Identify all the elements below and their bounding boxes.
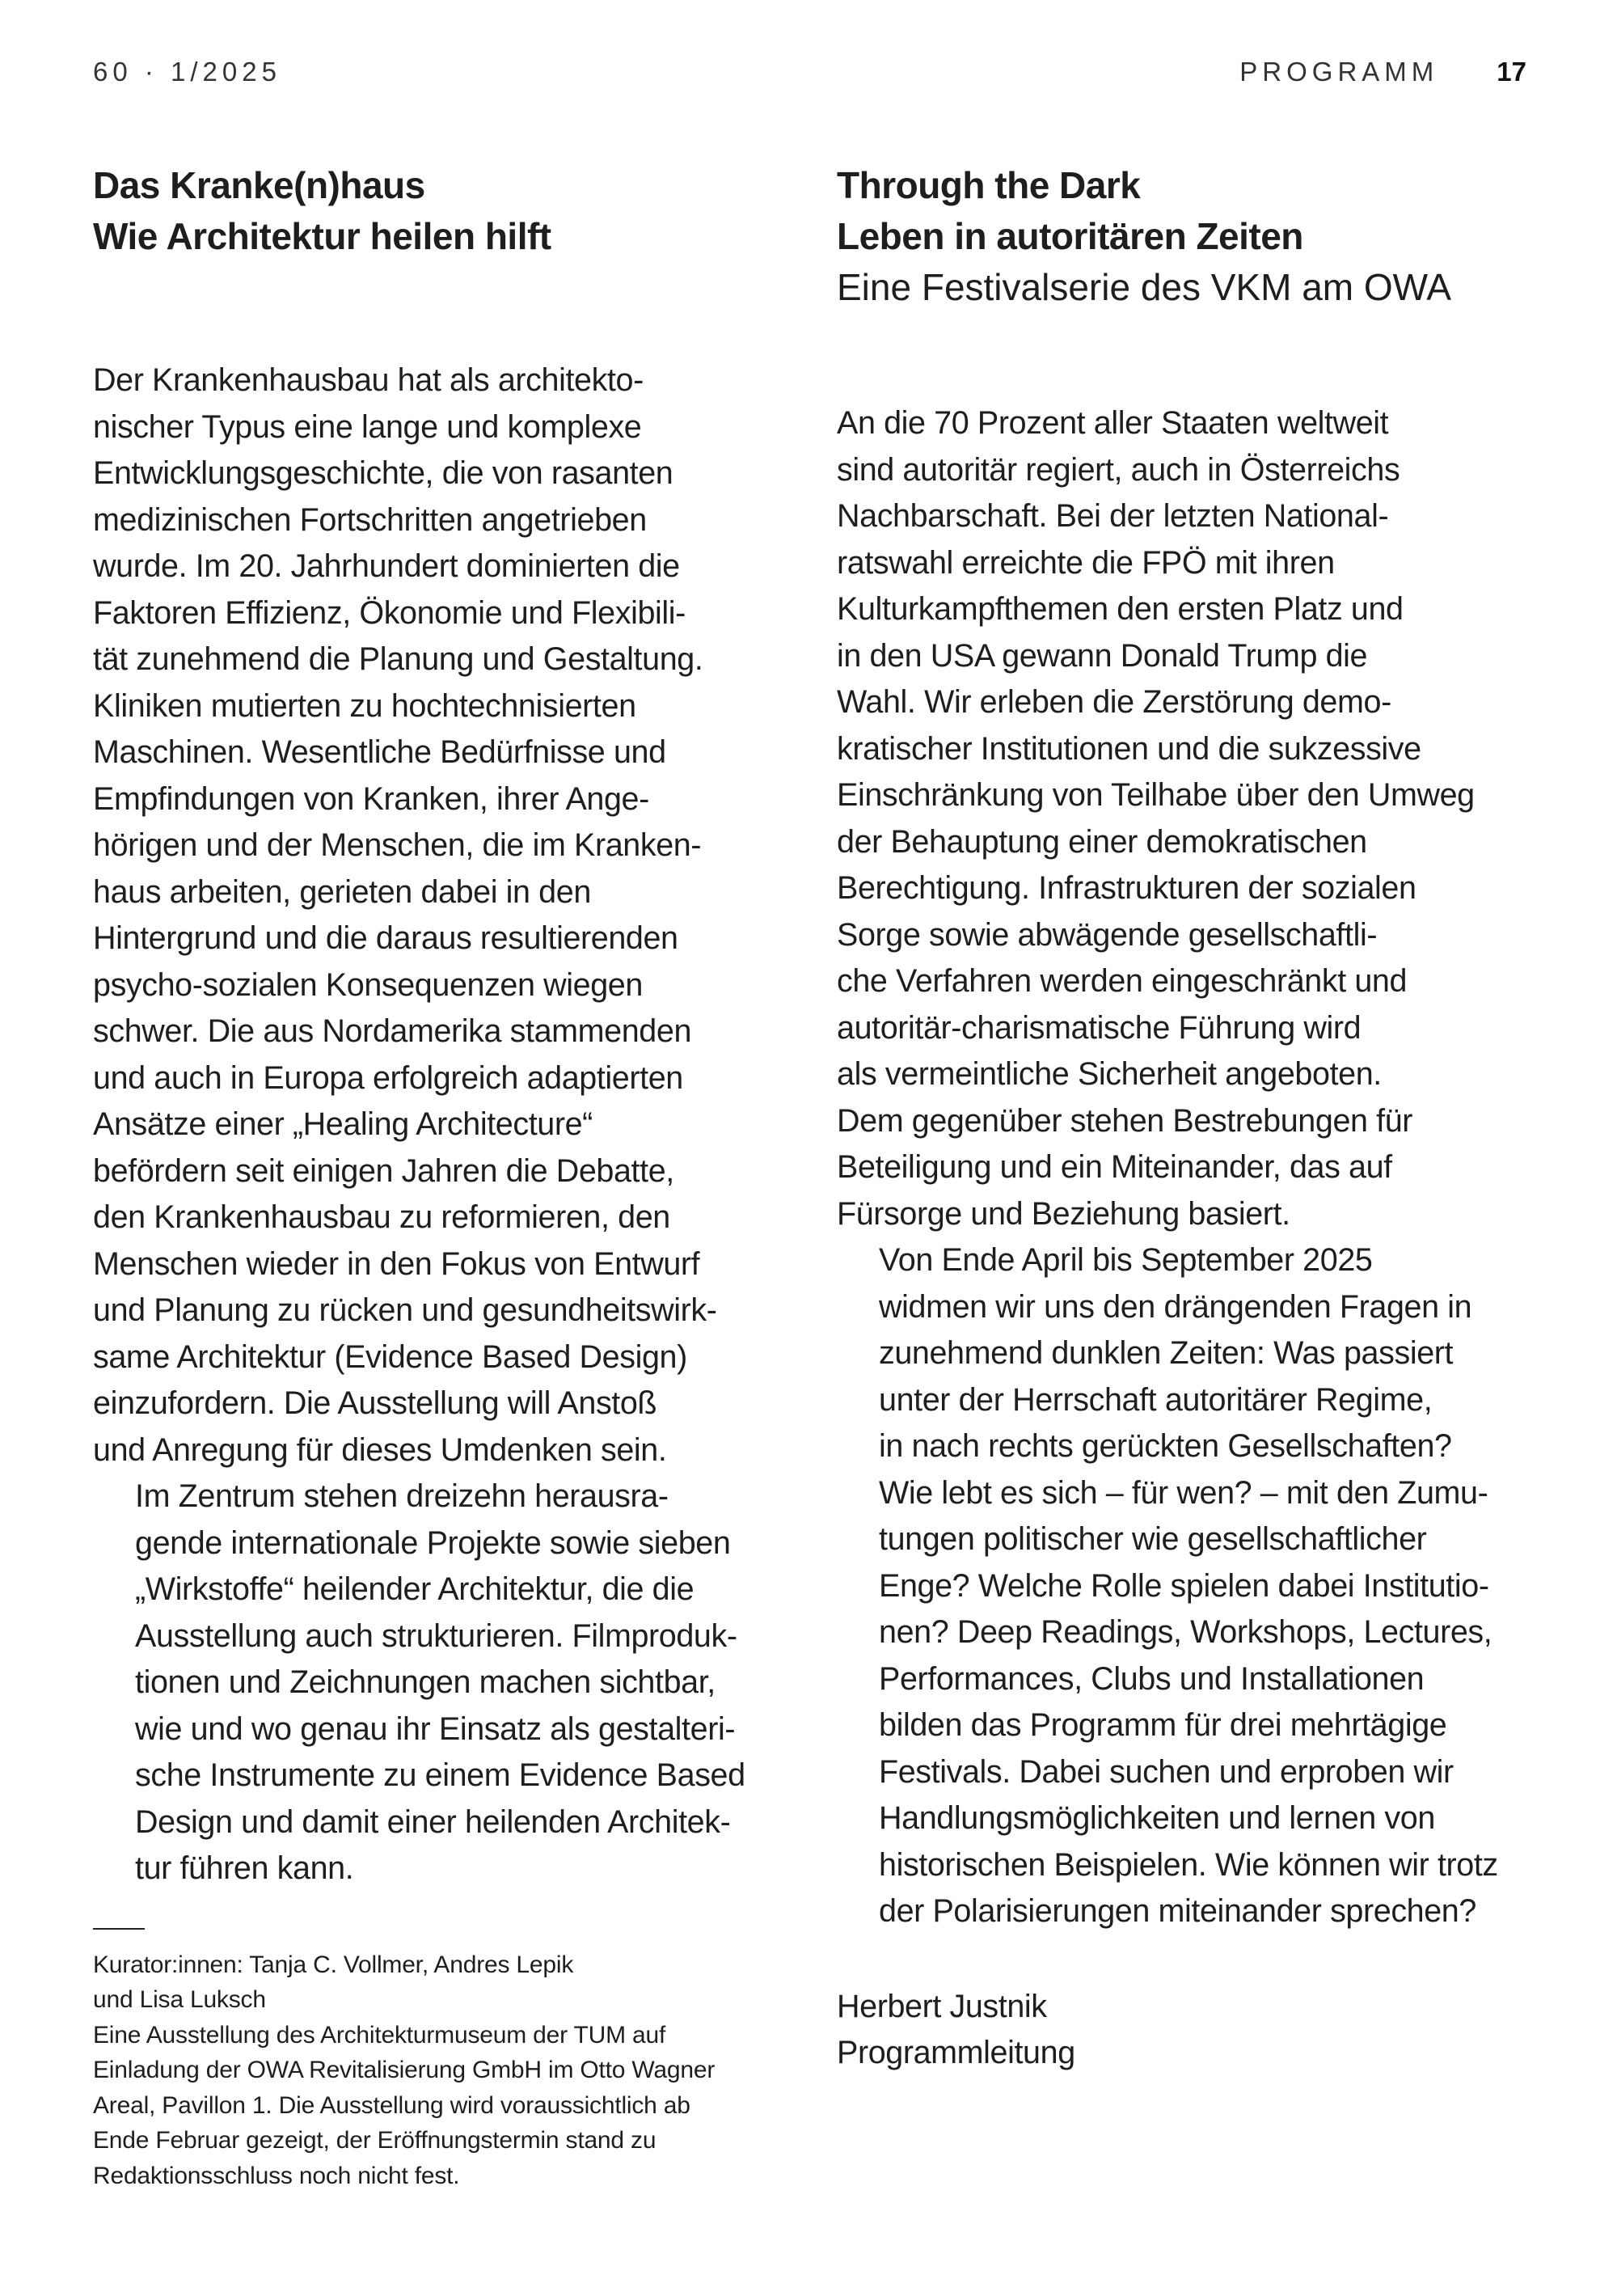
- text-line: und auch in Europa erfolgreich adaptiert…: [93, 1055, 796, 1102]
- text-line: Maschinen. Wesentliche Bedürfnisse und: [93, 729, 796, 776]
- text-line: same Architektur (Evidence Based Design): [93, 1334, 796, 1381]
- text-line: nen? Deep Readings, Workshops, Lectures,: [837, 1609, 1548, 1656]
- text-line: Empfindungen von Kranken, ihrer Ange-: [93, 776, 796, 823]
- text-line: einzufordern. Die Ausstellung will Ansto…: [93, 1381, 796, 1427]
- text-line: Nachbarschaft. Bei der letzten National-: [837, 493, 1548, 540]
- page-number: 17: [1497, 57, 1526, 87]
- title-line: Das Kranke(n)haus: [93, 160, 796, 211]
- text-line: Eine Ausstellung des Architekturmuseum d…: [93, 2018, 796, 2053]
- text-line: Sorge sowie abwägende gesellschaftli-: [837, 912, 1548, 959]
- text-line: autoritär-charismatische Führung wird: [837, 1005, 1548, 1052]
- title-line: Leben in autoritären Zeiten: [837, 211, 1548, 262]
- text-line: historischen Beispielen. Wie können wir …: [837, 1842, 1548, 1889]
- text-line: Einschränkung von Teilhabe über den Umwe…: [837, 772, 1548, 819]
- text-line: als vermeintliche Sicherheit angeboten.: [837, 1051, 1548, 1098]
- text-line: sind autoritär regiert, auch in Österrei…: [837, 447, 1548, 494]
- text-line: zunehmend dunklen Zeiten: Was passiert: [837, 1330, 1548, 1377]
- text-line: Menschen wieder in den Fokus von Entwurf: [93, 1241, 796, 1288]
- section-label: PROGRAMM: [1239, 57, 1438, 87]
- text-line: Kulturkampfthemen den ersten Platz und: [837, 586, 1548, 633]
- title-line: Through the Dark: [837, 160, 1548, 211]
- text-line: Enge? Welche Rolle spielen dabei Institu…: [837, 1563, 1548, 1610]
- text-line: Kliniken mutierten zu hochtechnisierten: [93, 683, 796, 730]
- text-line: psycho-sozialen Konsequenzen wiegen: [93, 962, 796, 1009]
- paragraph: Von Ende April bis September 2025widmen …: [837, 1237, 1548, 1935]
- text-line: widmen wir uns den drängenden Fragen in: [837, 1284, 1548, 1331]
- running-header: PROGRAMM 17: [1239, 57, 1526, 87]
- text-line: che Verfahren werden eingeschränkt und: [837, 958, 1548, 1005]
- text-line: befördern seit einigen Jahren die Debatt…: [93, 1148, 796, 1195]
- left-article-body: Der Krankenhausbau hat als architekto-ni…: [93, 357, 796, 1892]
- text-line: Ansätze einer „Healing Architecture“: [93, 1101, 796, 1148]
- paragraph: Der Krankenhausbau hat als architekto-ni…: [93, 357, 796, 1474]
- left-article: Das Kranke(n)haus Wie Architektur heilen…: [93, 160, 796, 2193]
- text-line: Dem gegenüber stehen Bestrebungen für: [837, 1098, 1548, 1145]
- right-article-title: Through the Dark Leben in autoritären Ze…: [837, 160, 1548, 262]
- text-line: Faktoren Effizienz, Ökonomie und Flexibi…: [93, 590, 796, 637]
- text-line: „Wirkstoffe“ heilender Architektur, die …: [93, 1567, 796, 1613]
- text-line: Redaktionsschluss noch nicht fest.: [93, 2159, 796, 2194]
- text-line: Festivals. Dabei suchen und erproben wir: [837, 1749, 1548, 1796]
- text-line: und Anregung für dieses Umdenken sein.: [93, 1427, 796, 1474]
- text-line: Performances, Clubs und Installationen: [837, 1656, 1548, 1703]
- text-line: tungen politischer wie gesellschaftliche…: [837, 1516, 1548, 1563]
- text-line: Wahl. Wir erleben die Zerstörung demo-: [837, 679, 1548, 726]
- text-line: ratswahl erreichte die FPÖ mit ihren: [837, 540, 1548, 587]
- text-line: in den USA gewann Donald Trump die: [837, 633, 1548, 680]
- text-line: Von Ende April bis September 2025: [837, 1237, 1548, 1284]
- text-line: Kurator:innen: Tanja C. Vollmer, Andres …: [93, 1947, 796, 1983]
- paragraph: An die 70 Prozent aller Staaten weltweit…: [837, 400, 1548, 1237]
- text-line: bilden das Programm für drei mehrtägige: [837, 1702, 1548, 1749]
- text-line: Einladung der OWA Revitalisierung GmbH i…: [93, 2053, 796, 2088]
- text-line: der Polarisierungen miteinander sprechen…: [837, 1888, 1548, 1935]
- text-line: gende internationale Projekte sowie sieb…: [93, 1520, 796, 1567]
- text-line: Beteiligung und ein Miteinander, das auf: [837, 1144, 1548, 1191]
- text-line: in nach rechts gerückten Gesellschaften?: [837, 1423, 1548, 1470]
- text-line: und Lisa Luksch: [93, 1982, 796, 2018]
- text-line: Hintergrund und die daraus resultierende…: [93, 915, 796, 962]
- text-line: nischer Typus eine lange und komplexe: [93, 404, 796, 451]
- text-line: Der Krankenhausbau hat als architekto-: [93, 357, 796, 404]
- left-article-title: Das Kranke(n)haus Wie Architektur heilen…: [93, 160, 796, 262]
- title-line: Wie Architektur heilen hilft: [93, 211, 796, 262]
- text-line: sche Instrumente zu einem Evidence Based: [93, 1753, 796, 1799]
- text-line: Im Zentrum stehen dreizehn herausra-: [93, 1474, 796, 1520]
- right-article-subtitle: Eine Festivalserie des VKM am OWA: [837, 262, 1548, 313]
- text-line: medizinischen Fortschritten angetrieben: [93, 497, 796, 544]
- footnote-divider: [93, 1928, 145, 1930]
- author-name: Herbert Justnik: [837, 1984, 1548, 2031]
- text-line: und Planung zu rücken und gesundheitswir…: [93, 1288, 796, 1334]
- text-line: unter der Herrschaft autoritärer Regime,: [837, 1377, 1548, 1424]
- footnote-text: Kurator:innen: Tanja C. Vollmer, Andres …: [93, 1947, 796, 2194]
- text-line: haus arbeiten, gerieten dabei in den: [93, 869, 796, 916]
- text-line: tionen und Zeichnungen machen sichtbar,: [93, 1660, 796, 1706]
- text-line: Areal, Pavillon 1. Die Ausstellung wird …: [93, 2088, 796, 2124]
- text-line: Handlungsmöglichkeiten und lernen von: [837, 1795, 1548, 1842]
- text-line: An die 70 Prozent aller Staaten weltweit: [837, 400, 1548, 447]
- text-line: Wie lebt es sich – für wen? – mit den Zu…: [837, 1470, 1548, 1517]
- paragraph: Im Zentrum stehen dreizehn herausra-gend…: [93, 1474, 796, 1892]
- signature: Herbert Justnik Programmleitung: [837, 1984, 1548, 2077]
- text-line: Design und damit einer heilenden Archite…: [93, 1799, 796, 1846]
- text-line: Ausstellung auch strukturieren. Filmprod…: [93, 1613, 796, 1660]
- text-line: schwer. Die aus Nordamerika stammenden: [93, 1008, 796, 1055]
- text-line: hörigen und der Menschen, die im Kranken…: [93, 822, 796, 869]
- text-line: kratischer Institutionen und die sukzess…: [837, 726, 1548, 773]
- right-article-body: An die 70 Prozent aller Staaten weltweit…: [837, 400, 1548, 2077]
- text-line: tur führen kann.: [93, 1846, 796, 1892]
- text-line: wie und wo genau ihr Einsatz als gestalt…: [93, 1706, 796, 1753]
- text-line: den Krankenhausbau zu reformieren, den: [93, 1195, 796, 1241]
- text-line: der Behauptung einer demokratischen: [837, 819, 1548, 866]
- author-role: Programmleitung: [837, 2030, 1548, 2077]
- text-line: Ende Februar gezeigt, der Eröffnungsterm…: [93, 2123, 796, 2159]
- issue-label: 60 · 1/2025: [93, 57, 281, 87]
- text-line: Fürsorge und Beziehung basiert.: [837, 1191, 1548, 1238]
- text-line: wurde. Im 20. Jahrhundert dominierten di…: [93, 543, 796, 590]
- right-article: Through the Dark Leben in autoritären Ze…: [837, 160, 1548, 2077]
- text-line: Entwicklungsgeschichte, die von rasanten: [93, 450, 796, 497]
- text-line: Berechtigung. Infrastrukturen der sozial…: [837, 865, 1548, 912]
- text-line: tät zunehmend die Planung und Gestaltung…: [93, 636, 796, 683]
- footnote: Kurator:innen: Tanja C. Vollmer, Andres …: [93, 1947, 796, 2194]
